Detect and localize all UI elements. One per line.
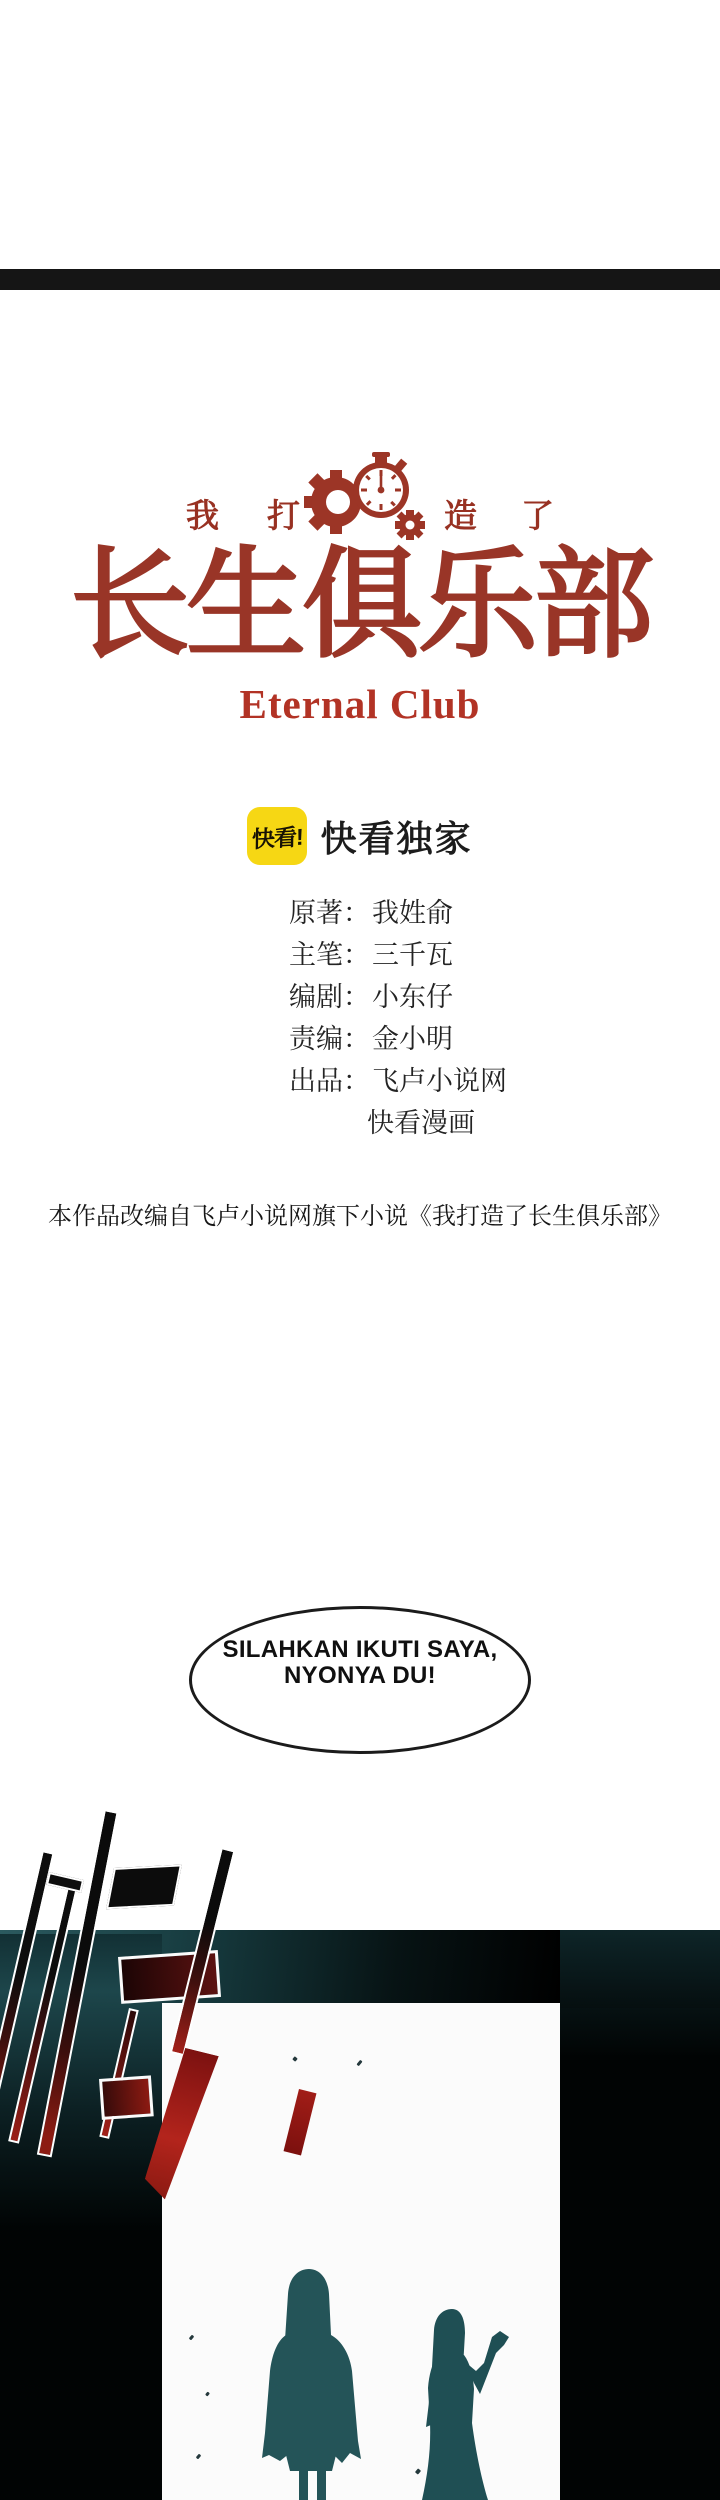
credit-row: 主笔：三千瓦 bbox=[289, 934, 507, 976]
credits-block: 原著：我姓俞 主笔：三千瓦 编剧：小东仔 责编：金小明 出品：飞卢小说网 快看漫… bbox=[289, 892, 507, 1144]
credit-value: 金小明 bbox=[372, 1024, 453, 1054]
credit-label: 出品 bbox=[289, 1066, 343, 1096]
speech-bubble: SILAHKAN IKUTI SAYA, NYONYA DU! bbox=[189, 1606, 531, 1754]
credit-colon: ： bbox=[343, 940, 370, 970]
series-title-english: Eternal Club bbox=[0, 680, 720, 728]
credit-row: 快看漫画 bbox=[289, 1102, 507, 1144]
silhouette-woman-coat bbox=[262, 2269, 361, 2500]
credit-value: 快看漫画 bbox=[367, 1108, 475, 1138]
doorway-light bbox=[162, 2003, 560, 2500]
logo-prefix-char: 了 bbox=[521, 499, 554, 532]
credit-label: 编剧 bbox=[289, 982, 343, 1012]
credit-value: 三千瓦 bbox=[372, 940, 453, 970]
top-divider-bar bbox=[0, 269, 720, 290]
credit-label: 主笔 bbox=[289, 940, 343, 970]
logo-prefix-char: 我 bbox=[186, 499, 219, 532]
exclusive-row: 快看! 快看独家 bbox=[0, 806, 720, 866]
kuaikan-badge-text: 快看! bbox=[252, 818, 303, 854]
exclusive-label: 快看独家 bbox=[320, 811, 472, 862]
series-title: 长生俱乐部 bbox=[0, 536, 720, 674]
credit-colon: ： bbox=[343, 1024, 370, 1054]
logo-prefix-char: 打 bbox=[267, 499, 300, 532]
gear-stopwatch-icon bbox=[298, 452, 430, 548]
panel-right-glow bbox=[560, 1930, 720, 2080]
logo-prefix-char: 造 bbox=[444, 499, 477, 532]
credit-row: 出品：飞卢小说网 bbox=[289, 1060, 507, 1102]
adaptation-note: 本作品改编自飞卢小说网旗下小说《我打造了长生俱乐部》 bbox=[0, 1196, 720, 1231]
credit-colon: ： bbox=[343, 982, 370, 1012]
sfx-stroke bbox=[46, 1872, 84, 1893]
panel-left-glow bbox=[0, 1934, 162, 2254]
credit-value: 小东仔 bbox=[372, 982, 453, 1012]
speech-line: NYONYA DU! bbox=[284, 1663, 436, 1689]
silhouette-woman-dress bbox=[422, 2309, 509, 2500]
credit-colon: ： bbox=[343, 898, 370, 928]
credit-value: 飞卢小说网 bbox=[372, 1066, 507, 1096]
credit-colon: ： bbox=[343, 1066, 370, 1096]
comic-panel bbox=[0, 1930, 720, 2500]
kuaikan-logo-badge: 快看! bbox=[247, 807, 307, 865]
silhouettes-graphic bbox=[162, 2003, 560, 2500]
comic-page: 我 打 造 了 bbox=[0, 0, 720, 2500]
speech-line: SILAHKAN IKUTI SAYA, bbox=[223, 1637, 498, 1663]
credit-label: 责编 bbox=[289, 1024, 343, 1054]
credit-row: 原著：我姓俞 bbox=[289, 892, 507, 934]
sfx-stroke-flag bbox=[106, 1864, 182, 1909]
credit-label: 原著 bbox=[289, 898, 343, 928]
credit-value: 我姓俞 bbox=[372, 898, 453, 928]
credit-row: 责编：金小明 bbox=[289, 1018, 507, 1060]
credit-row: 编剧：小东仔 bbox=[289, 976, 507, 1018]
